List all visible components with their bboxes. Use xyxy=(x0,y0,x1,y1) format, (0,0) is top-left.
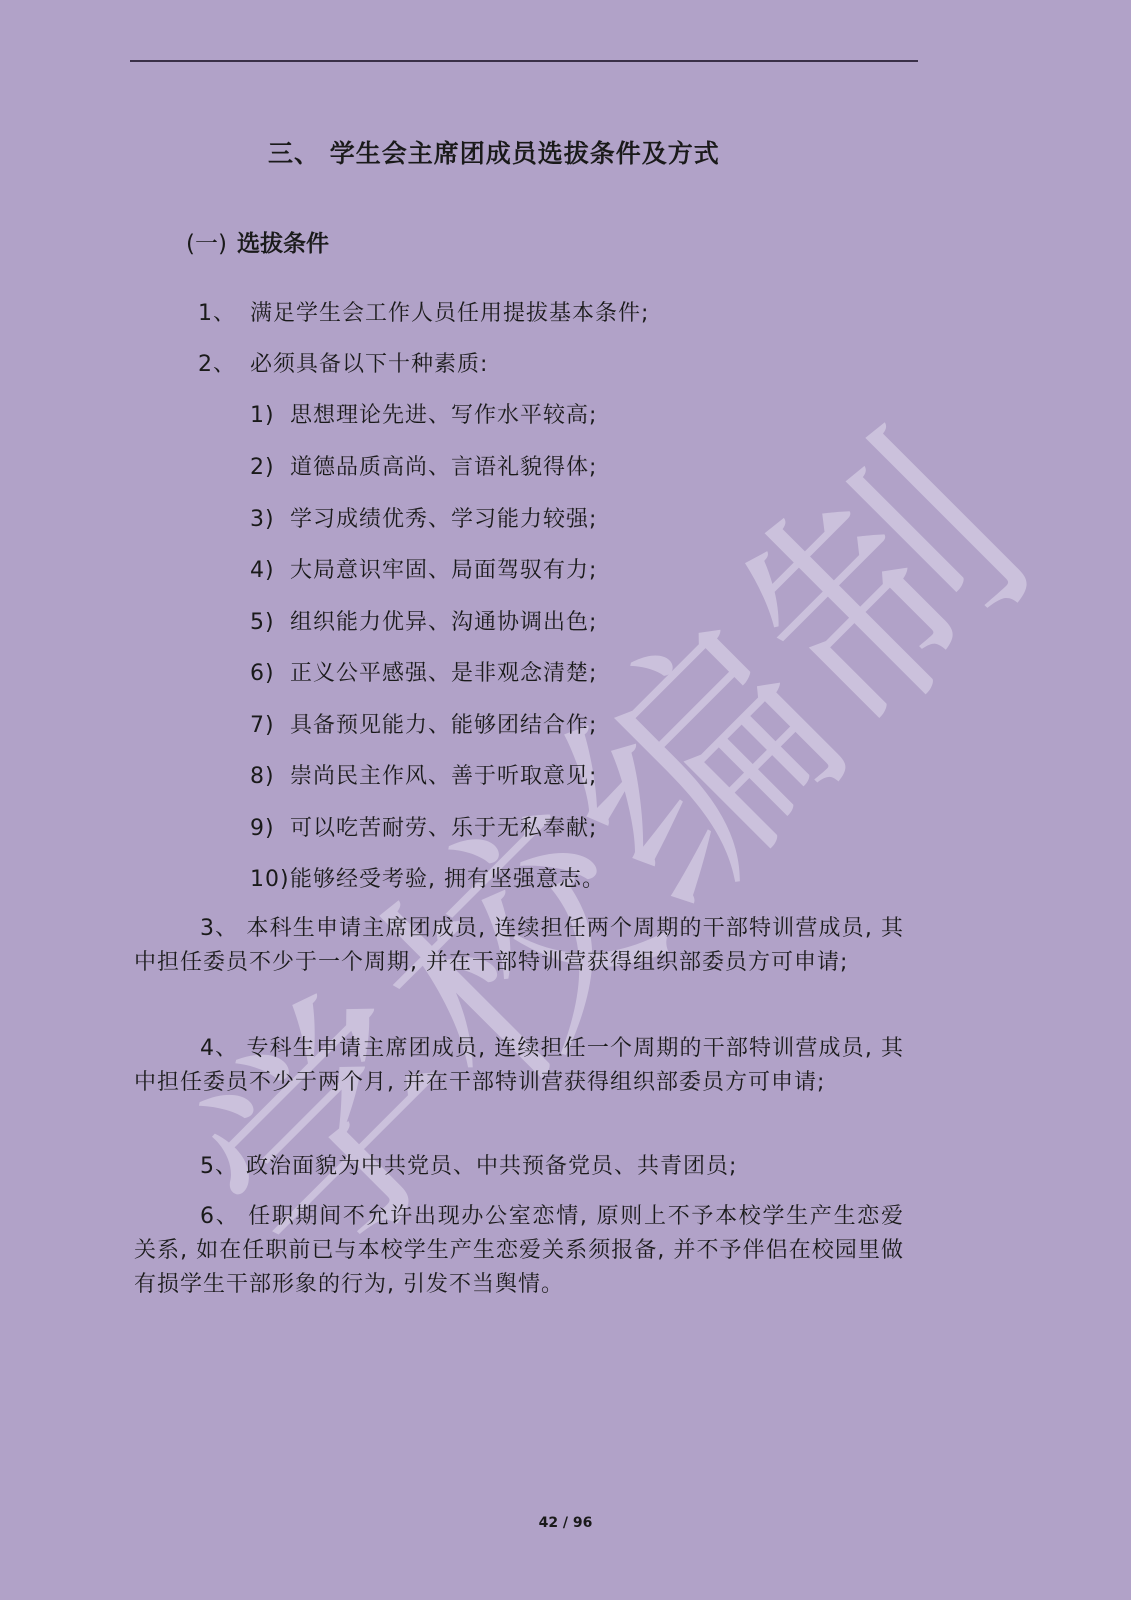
section-number: (一) xyxy=(186,231,227,257)
quality-item: 9)可以吃苦耐劳、乐于无私奉献; xyxy=(250,811,597,842)
paragraph: 3、 本科生申请主席团成员, 连续担任两个周期的干部特训营成员, 其中担任委员不… xyxy=(134,912,904,980)
paragraph: 6、 任职期间不允许出现办公室恋情, 原则上不予本校学生产生恋爱关系, 如在任职… xyxy=(134,1200,904,1302)
quality-item: 3)学习成绩优秀、学习能力较强; xyxy=(250,502,597,533)
page-number: 42 / 96 xyxy=(0,1515,1131,1531)
paragraph: 5、 政治面貌为中共党员、中共预备党员、共青团员; xyxy=(134,1150,904,1184)
list-item: 1、满足学生会工作人员任用提拔基本条件; xyxy=(198,296,649,327)
quality-item: 7)具备预见能力、能够团结合作; xyxy=(250,708,597,739)
section-heading: (一)选拔条件 xyxy=(186,225,329,258)
quality-item: 8)崇尚民主作风、善于听取意见; xyxy=(250,759,597,790)
quality-item: 1)思想理论先进、写作水平较高; xyxy=(250,398,597,429)
quality-item: 5)组织能力优异、沟通协调出色; xyxy=(250,605,597,636)
paragraph: 4、 专科生申请主席团成员, 连续担任一个周期的干部特训营成员, 其中担任委员不… xyxy=(134,1032,904,1100)
quality-item: 2)道德品质高尚、言语礼貌得体; xyxy=(250,450,597,481)
page-title: 三、 学生会主席团成员选拔条件及方式 xyxy=(268,134,720,170)
list-item: 2、必须具备以下十种素质: xyxy=(198,347,488,378)
header-rule xyxy=(130,60,918,62)
quality-item: 6)正义公平感强、是非观念清楚; xyxy=(250,656,597,687)
quality-item: 4)大局意识牢固、局面驾驭有力; xyxy=(250,553,597,584)
quality-item: 10)能够经受考验, 拥有坚强意志。 xyxy=(250,862,605,893)
section-title: 选拔条件 xyxy=(237,231,329,257)
